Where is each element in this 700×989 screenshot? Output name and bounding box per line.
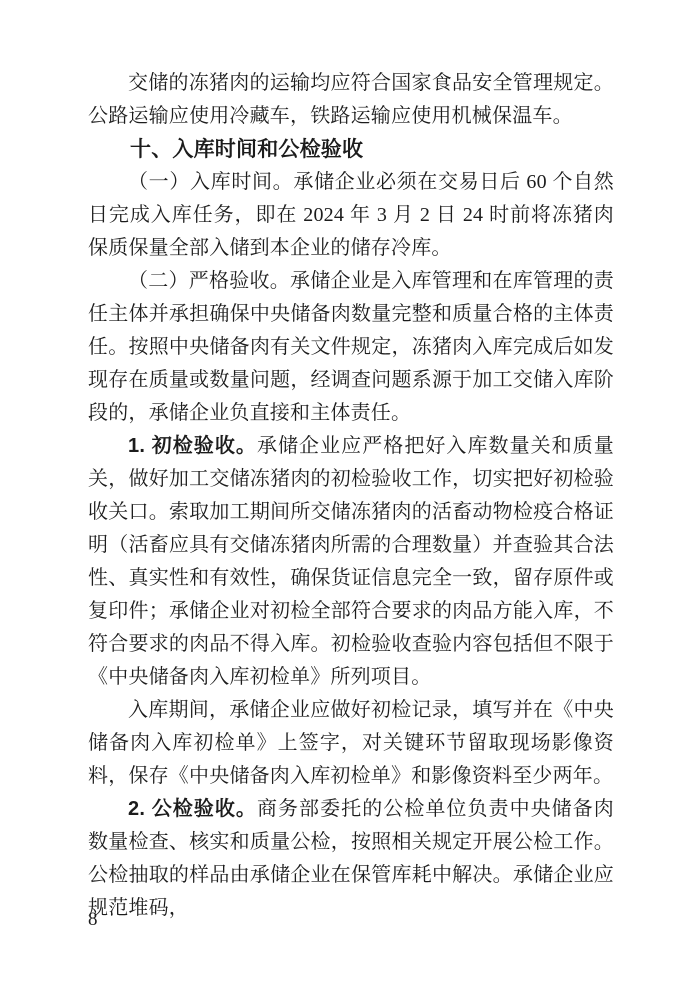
document-paragraph: 入库期间，承储企业应做好初检记录，填写并在《中央储备肉入库初检单》上签字，对关键… [88,694,614,793]
page-number: 8 [88,906,98,934]
document-paragraph: 1. 初检验收。承储企业应严格把好入库数量关和质量关，做好加工交储冻猪肉的初检验… [88,430,614,694]
document-paragraph: 2. 公检验收。商务部委托的公检单位负责中央储备肉数量检查、核实和质量公检，按照… [88,793,614,925]
paragraph-lead-bold: 2. 公检验收。 [128,798,257,820]
section-heading: 十、入库时间和公检验收 [88,133,614,166]
document-paragraph: （二）严格验收。承储企业是入库管理和在库管理的责任主体并承担确保中央储备肉数量完… [88,265,614,430]
document-page: 交储的冻猪肉的运输均应符合国家食品安全管理规定。公路运输应使用冷藏车，铁路运输应… [0,0,700,989]
document-paragraph: （一）入库时间。承储企业必须在交易日后 60 个自然日完成入库任务，即在 202… [88,166,614,265]
document-paragraph: 交储的冻猪肉的运输均应符合国家食品安全管理规定。公路运输应使用冷藏车，铁路运输应… [88,67,614,133]
document-body: 交储的冻猪肉的运输均应符合国家食品安全管理规定。公路运输应使用冷藏车，铁路运输应… [88,67,614,925]
paragraph-text: 承储企业应严格把好入库数量关和质量关，做好加工交储冻猪肉的初检验收工作，切实把好… [88,435,614,688]
paragraph-lead-bold: 1. 初检验收。 [128,435,257,457]
